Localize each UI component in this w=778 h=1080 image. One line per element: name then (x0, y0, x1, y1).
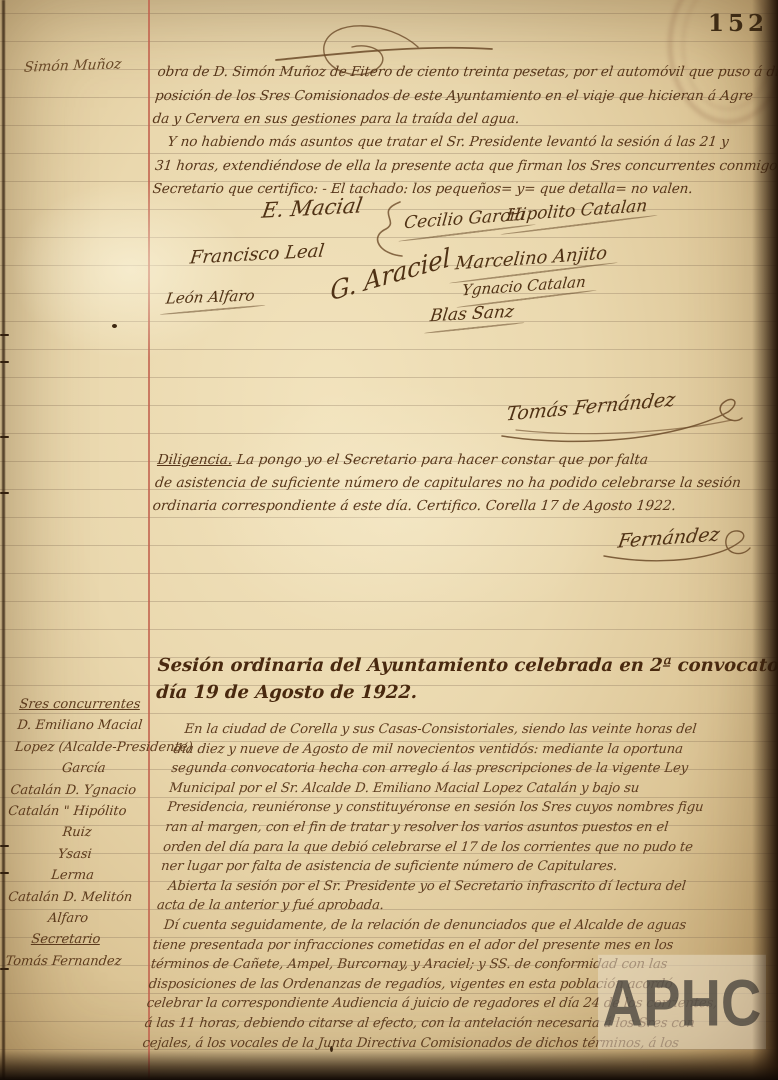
margin-note: Simón Muñoz (23, 56, 122, 75)
signature: León Alfaro (165, 286, 256, 307)
signature: Marcelino Anjito (454, 243, 608, 275)
text-line: obra de D. Simón Muñoz de Fitero de cien… (156, 61, 774, 85)
red-margin-rule (148, 0, 150, 1080)
signature-text: Ygnacio Catalan (461, 273, 587, 300)
session-heading: Sesión ordinaria del Ayuntamiento celebr… (156, 652, 775, 706)
paper-sheen (10, 180, 250, 360)
archive-watermark: APHC (598, 955, 766, 1049)
text-line: Abierta la sesión por el Sr. Presidente … (158, 877, 774, 897)
attendee-item: Lerma (0, 865, 144, 886)
stitch-mark (0, 361, 9, 363)
text-line: acta de la anterior y fué aprobada. (156, 896, 772, 916)
heading-line: día 19 de Agosto de 1922. (156, 679, 773, 706)
text-line: Presidencia, reuniéronse y constituyéron… (166, 798, 778, 818)
attendee-item: Ysasi (3, 844, 147, 865)
signature-text: León Alfaro (165, 286, 256, 307)
text-line: ordinaria correspondiente á este día. Ce… (151, 495, 769, 518)
attendee-item: Tomás Fernandez (0, 951, 136, 972)
text-line: día diez y nueve de Agosto de mil noveci… (172, 740, 778, 760)
diligencia-label: Diligencia. (157, 452, 234, 468)
book-edge-right (752, 0, 778, 1080)
attendee-item: García (12, 758, 156, 779)
text-line: Dí cuenta seguidamente, de la relación d… (154, 916, 770, 936)
attendees-header: Sres concurrentes (18, 694, 162, 715)
stitch-mark (0, 436, 9, 438)
stitch-mark (0, 334, 9, 336)
text-line: orden del día para la que debió celebrar… (162, 838, 778, 858)
stitch-mark (0, 492, 9, 494)
signature: Blas Sanz (429, 302, 515, 327)
text-line: Y no habiendo más asuntos que tratar el … (156, 131, 774, 155)
attendees-role-label: Secretario (0, 929, 138, 950)
attendee-item: Ruiz (5, 822, 149, 843)
text-line: tiene presentada por infracciones cometi… (152, 936, 768, 956)
text-line: de asistencia de suficiente número de ca… (154, 472, 772, 495)
attendee-item: Catalán D. Ygnacio (9, 780, 153, 801)
act1-continuation-paragraph: obra de D. Simón Muñoz de Fitero de cien… (151, 61, 774, 132)
ink-speck (112, 324, 117, 328)
signature: E. Macial (260, 193, 364, 222)
attendee-item: Catalán D. Melitón (0, 887, 142, 908)
diligencia-paragraph: Diligencia. La pongo yo el Secretario pa… (151, 449, 774, 519)
text-line: En la ciudad de Corella y sus Casas-Cons… (174, 720, 778, 740)
signature: Ygnacio Catalan (461, 273, 587, 300)
attendee-item: Alfaro (0, 908, 140, 929)
text-line: Secretario que certifico: - El tachado: … (151, 178, 769, 202)
attendees-margin-list: Sres concurrentes D. Emiliano Macial Lop… (0, 694, 163, 972)
text-line: posición de los Sres Comisionados de est… (154, 85, 772, 109)
text-line: Municipal por el Sr. Alcalde D. Emiliano… (168, 779, 778, 799)
heading-line: Sesión ordinaria del Ayuntamiento celebr… (157, 652, 774, 679)
signature-text: Marcelino Anjito (454, 243, 608, 275)
text-line: ner lugar por falta de asistencia de suf… (160, 857, 776, 877)
act1-closing-paragraph: Y no habiendo más asuntos que tratar el … (151, 131, 774, 202)
text-line: segunda convocatoria hecha con arreglo á… (170, 759, 778, 779)
text-line: Diligencia. La pongo yo el Secretario pa… (156, 449, 774, 472)
book-edge-bottom (0, 1050, 778, 1080)
text-line: da y Cervera en sus gestiones para la tr… (151, 108, 769, 132)
text-line: ran al margen, con el fin de tratar y re… (164, 818, 778, 838)
text-span: La pongo yo el Secretario para hacer con… (236, 452, 649, 468)
text-line: 31 horas, extendiéndose de ella la prese… (154, 155, 772, 179)
signature: Francisco Leal (189, 240, 326, 268)
signature-text: Blas Sanz (429, 302, 515, 327)
attendee-item: Lopez (Alcalde-Presidente) (14, 737, 158, 758)
attendee-item: Catalán " Hipólito (7, 801, 151, 822)
attendee-item: D. Emiliano Macial (16, 715, 160, 736)
ledger-page-scan: 152 Simón Muñoz obra de D. Simón Muñoz d… (0, 0, 778, 1080)
